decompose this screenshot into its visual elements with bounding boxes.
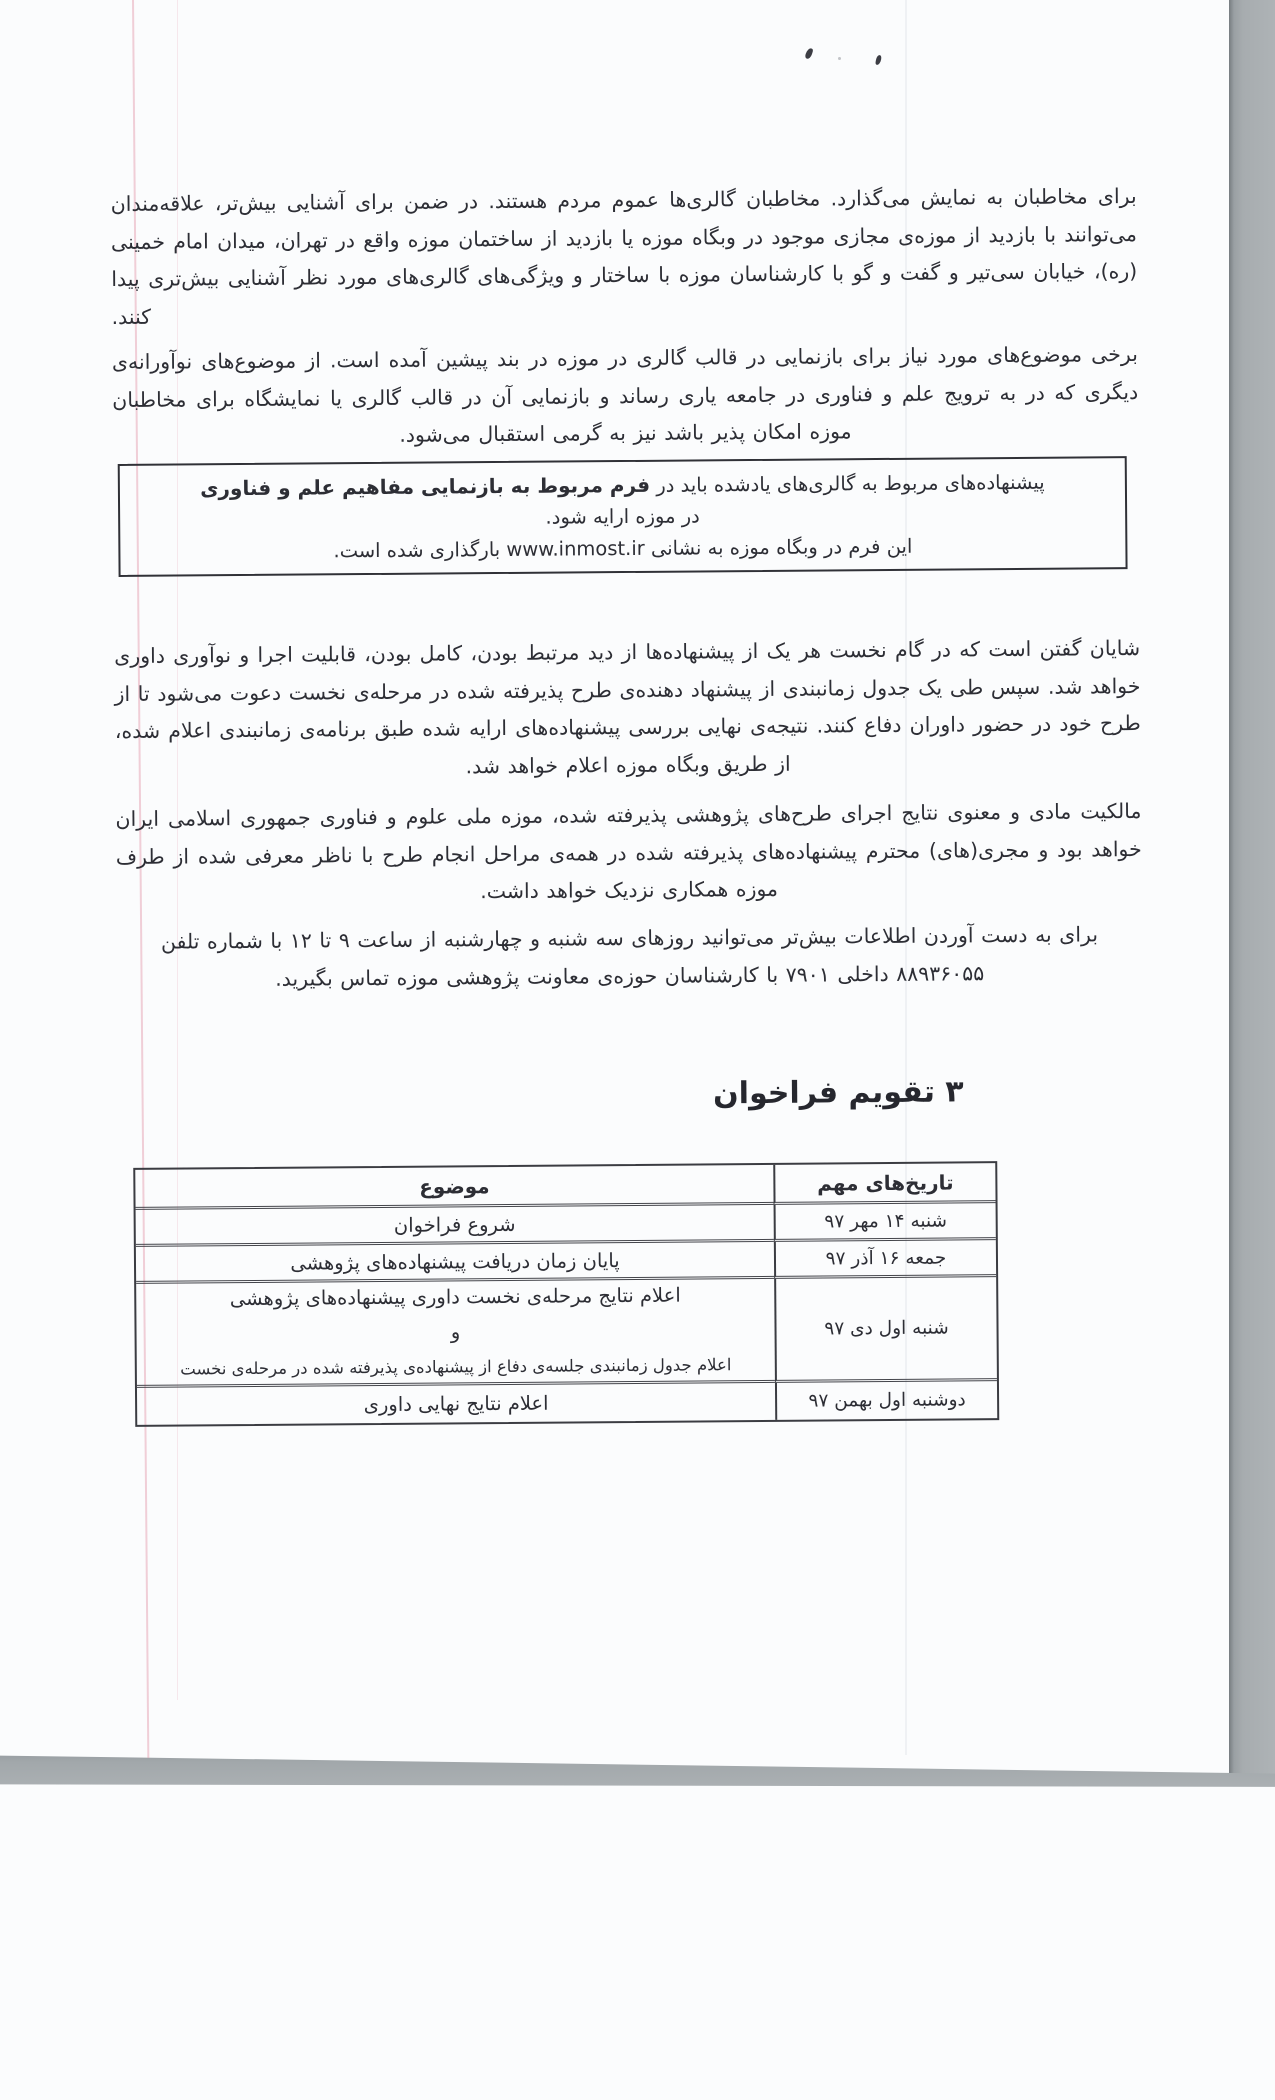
section-heading-calendar: ۳ تقویم فراخوان xyxy=(713,1074,964,1111)
paragraph-gallery-audience: برای مخاطبان به نمایش می‌گذارد. مخاطبان … xyxy=(111,178,1138,336)
table-row-3-subject-line-1: اعلام نتایج مرحله‌ی نخست داوری پیشنهاده‌… xyxy=(230,1280,681,1314)
paragraph-ownership: مالکیت مادی و معنوی نتایج اجرای طرح‌های … xyxy=(115,793,1142,914)
table-row-2-date: جمعه ۱۶ آذر ۹۷ xyxy=(774,1240,996,1279)
table-row-1-date: شنبه ۱۴ مهر ۹۷ xyxy=(774,1203,996,1242)
scanner-background-right xyxy=(1229,0,1275,1774)
table-row-4-subject: اعلام نتایج نهایی داوری xyxy=(137,1383,775,1425)
callout-line-1-text: پیشنهاده‌های مربوط به گالری‌های یادشده ب… xyxy=(650,470,1045,496)
paragraph-innovative-topics: برخی موضوع‌های مورد نیاز برای بازنمایی د… xyxy=(112,336,1139,457)
document-content: برای مخاطبان به نمایش می‌گذارد. مخاطبان … xyxy=(109,0,1149,1764)
table-row-3-subject: اعلام نتایج مرحله‌ی نخست داوری پیشنهاده‌… xyxy=(136,1279,775,1388)
table-row-4-date: دوشنبه اول بهمن ۹۷ xyxy=(775,1381,997,1420)
table-row-3-subject-line-2: و xyxy=(451,1317,461,1347)
callout-line-1: پیشنهاده‌های مربوط به گالری‌های یادشده ب… xyxy=(138,468,1107,503)
callout-line-2: در موزه ارایه شود. xyxy=(138,500,1107,534)
table-header-dates: تاریخ‌های مهم xyxy=(773,1163,995,1205)
table-row-1-subject: شروع فراخوان xyxy=(136,1205,774,1247)
table-row-3-date: شنبه اول دی ۹۷ xyxy=(774,1277,997,1383)
table-row-3-subject-line-3: اعلام جدول زمانبندی جلسه‌ی دفاع از پیشنه… xyxy=(180,1350,731,1384)
table-header-subject: موضوع xyxy=(135,1165,773,1210)
callout-box: پیشنهاده‌های مربوط به گالری‌های یادشده ب… xyxy=(118,456,1128,577)
callout-line-3: این فرم در وبگاه موزه به نشانی www.inmos… xyxy=(138,532,1107,566)
schedule-table: تاریخ‌های مهم موضوع شنبه ۱۴ مهر ۹۷ شروع … xyxy=(133,1161,999,1427)
paragraph-contact-info: برای به دست آوردن اطلاعات بیش‌تر می‌توان… xyxy=(116,916,1143,999)
paragraph-review-process: شایان گفتن است که در گام نخست هر یک از پ… xyxy=(114,630,1141,788)
table-row-2-subject: پایان زمان دریافت پیشنهاده‌های پژوهشی xyxy=(136,1242,774,1284)
form-name-bold: فرم مربوط به بازنمایی مفاهیم علم و فناور… xyxy=(200,472,650,500)
